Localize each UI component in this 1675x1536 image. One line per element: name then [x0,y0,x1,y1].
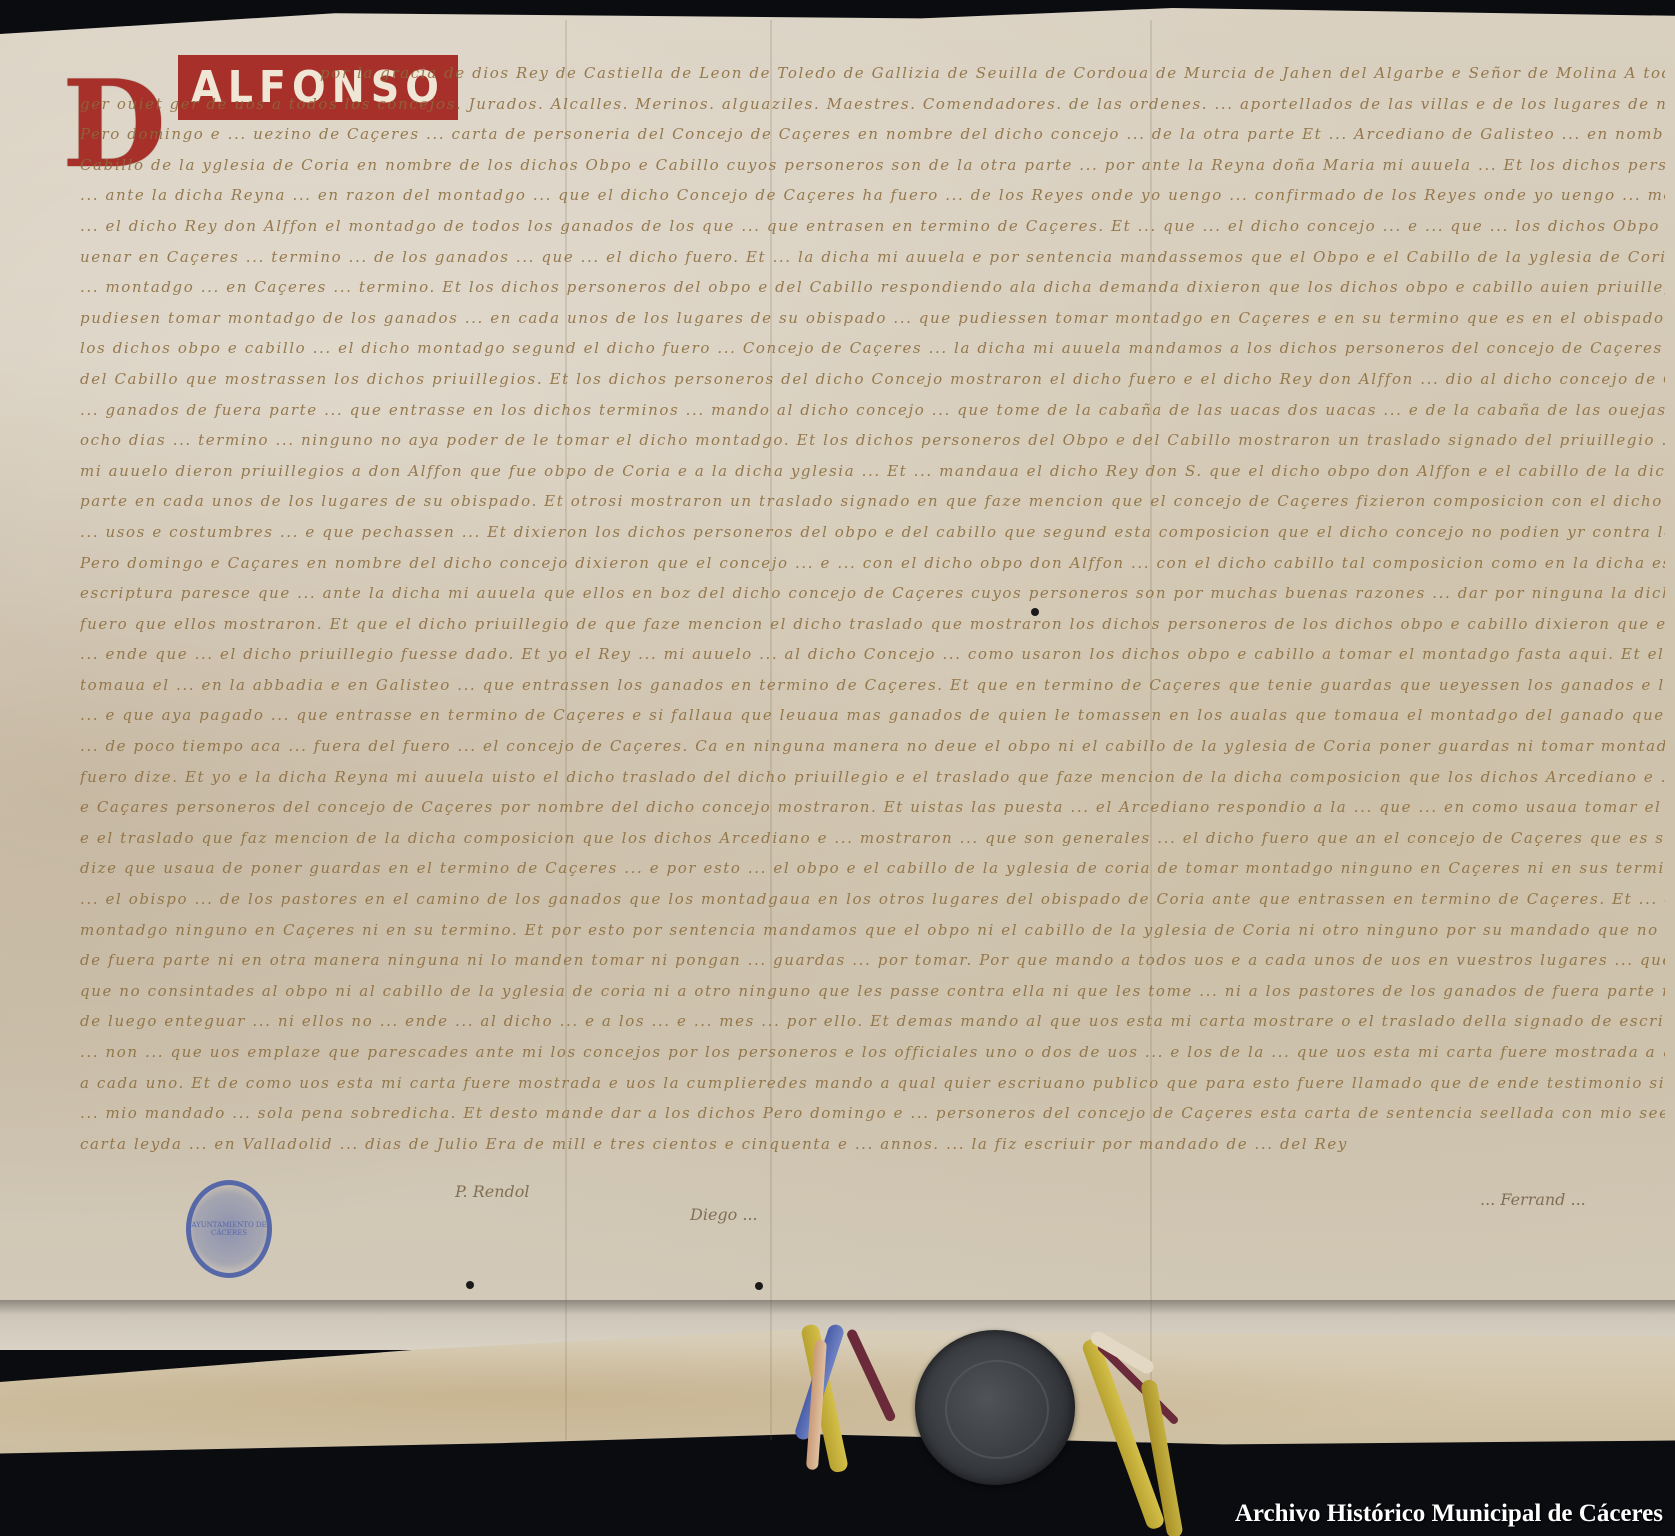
manuscript-line: ... el dicho Rey don Alffon el montadgo … [80,211,1665,242]
manuscript-line: fuero dize. Et yo e la dicha Reyna mi au… [80,762,1665,793]
manuscript-line: mi auuelo dieron priuillegios a don Alff… [80,456,1665,487]
signature-center: Diego ... [690,1205,758,1224]
manuscript-line: ... non ... que uos emplaze que parescad… [80,1037,1665,1068]
manuscript-line: ... ante la dicha Reyna ... en razon del… [80,180,1665,211]
manuscript-line: tomaua el ... en la abbadia e en Galiste… [80,670,1665,701]
archive-stamp: AYUNTAMIENTO DE CÁCERES [186,1180,272,1278]
manuscript-line: carta leyda ... en Valladolid ... dias d… [80,1129,1665,1160]
manuscript-line: de fuera parte ni en otra manera ninguna… [80,945,1665,976]
manuscript-line: Pero domingo e ... uezino de Caçeres ...… [80,119,1665,150]
manuscript-line: dize que usaua de poner guardas en el te… [80,853,1665,884]
archive-watermark: Archivo Histórico Municipal de Cáceres [1235,1500,1663,1528]
manuscript-line: Pero domingo e Caçares en nombre del dic… [80,548,1665,579]
manuscript-line: ocho dias ... termino ... ninguno no aya… [80,425,1665,456]
manuscript-line: ... e que aya pagado ... que entrasse en… [80,700,1665,731]
manuscript-line: los dichos obpo e cabillo ... el dicho m… [80,333,1665,364]
signature-left: P. Rendol [455,1182,530,1201]
manuscript-line: e el traslado que faz mencion de la dich… [80,823,1665,854]
manuscript-line: Cabillo de la yglesia de Coria en nombre… [80,150,1665,181]
manuscript-line: ... usos e costumbres ... e que pechasse… [80,517,1665,548]
manuscript-line: ... ganados de fuera parte ... que entra… [80,395,1665,426]
archive-stamp-text: AYUNTAMIENTO DE CÁCERES [191,1221,267,1237]
manuscript-line: ... mio mandado ... sola pena sobredicha… [80,1098,1665,1129]
parchment-hole [466,1281,474,1289]
manuscript-line: uenar en Caçeres ... termino ... de los … [80,242,1665,273]
manuscript-line: pudiesen tomar montadgo de los ganados .… [80,303,1665,334]
lead-seal [915,1330,1075,1485]
parchment-hole [755,1282,763,1290]
manuscript-line: por la gracia de dios Rey de Castiella d… [80,58,1665,89]
signature-right: ... Ferrand ... [1480,1190,1586,1209]
manuscript-line: e Caçares personeros del concejo de Caçe… [80,792,1665,823]
manuscript-line: escriptura paresce que ... ante la dicha… [80,578,1665,609]
seal-impression [945,1360,1049,1459]
manuscript-line: ... ende que ... el dicho priuillegio fu… [80,639,1665,670]
manuscript-line: ... el obispo ... de los pastores en el … [80,884,1665,915]
manuscript-line: fuero que ellos mostraron. Et que el dic… [80,609,1665,640]
manuscript-line: de luego enteguar ... ni ellos no ... en… [80,1006,1665,1037]
manuscript-line: del Cabillo que mostrassen los dichos pr… [80,364,1665,395]
manuscript-text: por la gracia de dios Rey de Castiella d… [80,58,1665,1159]
manuscript-line: parte en cada unos de los lugares de su … [80,486,1665,517]
manuscript-line: ... montadgo ... en Caçeres ... termino.… [80,272,1665,303]
manuscript-line: ... de poco tiempo aca ... fuera del fue… [80,731,1665,762]
manuscript-line: a cada uno. Et de como uos esta mi carta… [80,1068,1665,1099]
manuscript-line: montadgo ninguno en Caçeres ni en su ter… [80,915,1665,946]
manuscript-line: que no consintades al obpo ni al cabillo… [80,976,1665,1007]
manuscript-line: ger ouiet ger de uos a todos los concejo… [80,89,1665,120]
